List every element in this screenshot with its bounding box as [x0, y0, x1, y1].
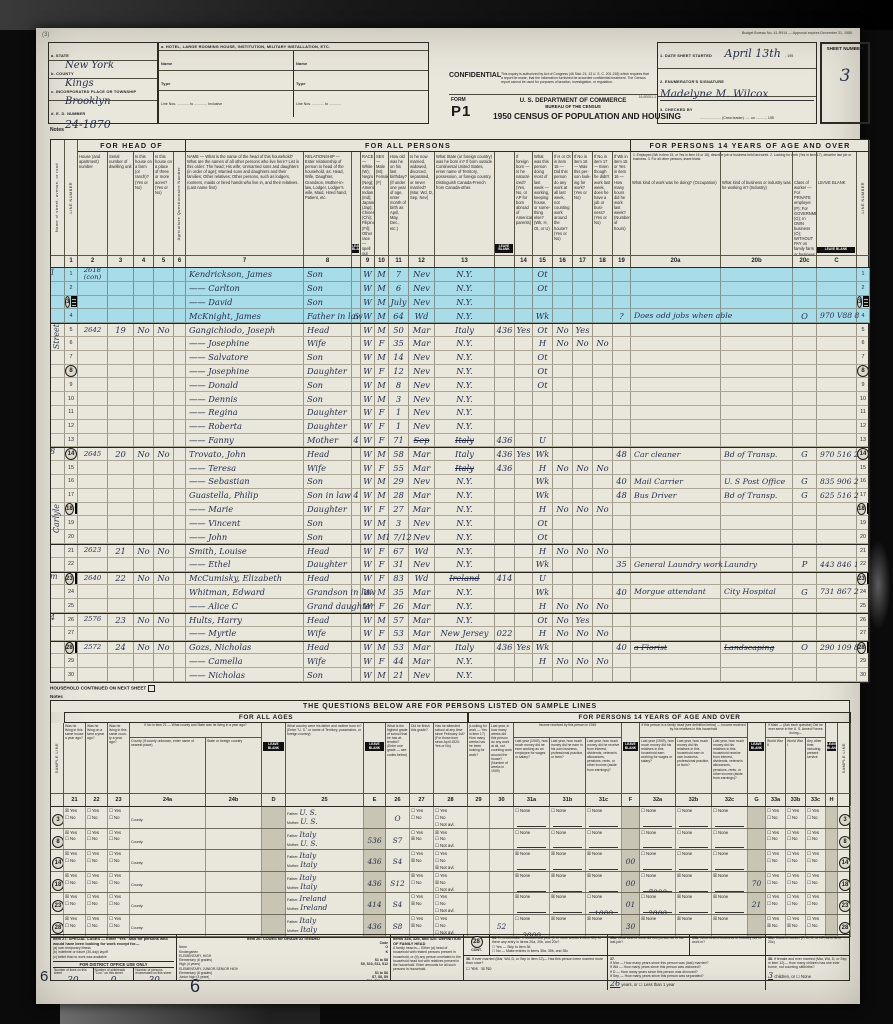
person-row: 22—— EthelDaughterWF31NevN.Y.Wk35General… — [51, 558, 870, 572]
cell-d18 — [593, 268, 613, 281]
cell-name: Hults, Harry — [186, 614, 304, 626]
cell-d18: No — [593, 545, 613, 557]
checkbox-option: ☐ No — [65, 836, 84, 843]
column-header-acres: Is this house on a place of three or mor… — [154, 152, 174, 255]
cell-d16 — [553, 448, 573, 460]
value-rel: Wife — [307, 463, 326, 473]
amount-line — [553, 838, 582, 848]
year-suffix: , 195 — [766, 116, 774, 120]
checkbox-option: ☒ No — [411, 858, 432, 865]
sample-line-circle: 23 — [839, 900, 851, 912]
value-ind: Bd of Transp. — [724, 491, 777, 500]
notes-label: Notes — [50, 127, 64, 133]
cell-race: W — [361, 599, 375, 612]
checkbox-option: ☐ Yes — [787, 894, 804, 901]
cell-farm — [134, 654, 154, 667]
value-sex: M — [377, 269, 386, 279]
value-bp: N.Y. — [456, 407, 472, 417]
amount-line — [643, 838, 672, 848]
cell-farm — [134, 365, 154, 378]
cell-d16 — [553, 434, 573, 447]
cell-street — [51, 392, 65, 405]
father-line: Father:Italy — [287, 916, 362, 925]
checkbox-option: ☐ None — [641, 808, 674, 815]
column-number: 3 — [108, 255, 134, 267]
cell-mar: Mar — [409, 654, 435, 667]
column-number: 8 — [304, 255, 352, 267]
cell-bp: Italy — [435, 434, 495, 447]
cell-hrs: 40 — [613, 642, 631, 654]
institution-title: a. HOTEL, LARGE ROOMING HOUSE, INSTITUTI… — [159, 43, 428, 51]
cell-code — [817, 654, 857, 667]
cell-rel: Wife — [304, 337, 352, 350]
cell-d16 — [553, 268, 573, 281]
column-group-header: FOR PERSONS 14 YEARS OF AGE AND OVER — [631, 140, 870, 152]
sample-column-number: 24a — [130, 793, 206, 806]
value-d17: No — [576, 504, 588, 514]
amount-line — [517, 903, 546, 913]
checkbox-option: ☐ No — [807, 815, 824, 822]
cell-age: 28 — [389, 489, 409, 502]
cell-ln: 24 — [65, 585, 78, 598]
cell-lnR: 7 — [857, 351, 870, 364]
cell-relcode: 4 — [352, 489, 361, 502]
value-mar: Nev — [413, 394, 430, 404]
father-line: Father:Ireland — [287, 894, 362, 903]
sample-cell-c23: ☐ Yes☐ No — [108, 807, 130, 828]
value-d15: H — [539, 601, 546, 611]
cell-ind — [721, 324, 793, 336]
sample-row: 23☒ Yes☐ No☐ Yes☐ No☐ Yes☐ NoCounty:Fath… — [51, 893, 851, 915]
checkbox-option: ☐ No — [767, 836, 784, 843]
cell-d16: No — [553, 337, 573, 350]
cell-serial: 23 — [108, 614, 134, 626]
cell-rel: Daughter — [304, 420, 352, 433]
checkbox-option: ☐ No — [435, 923, 466, 930]
cell-d18 — [593, 614, 613, 626]
cell-bpcode: 436 — [495, 434, 515, 447]
sample-cell-c31c: ☒ None — [586, 915, 622, 936]
value-mar: Mar — [413, 338, 430, 348]
checkbox-option: ☒ Yes — [65, 808, 84, 815]
checkbox-option: ☐ Yes — [411, 808, 432, 815]
cell-nat — [515, 558, 533, 571]
cell-name: —— Roberta — [186, 420, 304, 433]
cell-lnR: 10 — [857, 392, 870, 405]
cell-d15: Wk — [533, 558, 553, 571]
sample-cell-c22: ☐ Yes☐ No — [86, 807, 108, 828]
cell-bpcode — [495, 599, 515, 612]
column-header-age: How old was he on his last birthday? (If… — [389, 152, 409, 255]
cell-street — [51, 558, 65, 571]
value-sex: F — [379, 559, 385, 569]
column-header-text: SEX — Male (M); Female (F) — [376, 154, 387, 185]
cell-name: McCumisky, Elizabeth — [186, 573, 304, 585]
value-occ: Bus Driver — [634, 491, 676, 500]
cell-lnR: 26 — [857, 614, 870, 626]
amount-line — [553, 817, 582, 827]
cell-agq — [174, 654, 186, 667]
cell-serial — [108, 309, 134, 322]
cell-lnR: 16 — [857, 475, 870, 488]
sample-cell-c27: ☐ Yes☒ No — [410, 893, 434, 914]
column-number: 11 — [389, 255, 409, 267]
checkbox-option: ☐ Yes — [109, 851, 128, 858]
column-header-farm: Is this house on a farm (or ranch)? (Yes… — [134, 152, 154, 255]
sample-stamp — [71, 296, 77, 307]
sample-cell-c32b: ☒ None — [676, 872, 712, 893]
sample-column-header-c32a: Last year (1949), how much money did his… — [640, 738, 676, 793]
cell-farm — [134, 378, 154, 391]
value-bp: Italy — [455, 325, 474, 335]
cell-rel: Daughter — [304, 558, 352, 571]
value-race: W — [363, 546, 372, 556]
value-mar: Nev — [413, 283, 430, 293]
cell-lnR: 12 — [857, 420, 870, 433]
value-bpcode: 436 — [497, 325, 513, 335]
checkbox-option: ☐ Yes — [109, 830, 128, 837]
cell-sex: M — [375, 268, 389, 281]
cell-sex: F — [375, 545, 389, 557]
person-row: 14264520NoNoTrovato, JohnHeadWM58MarItal… — [51, 447, 870, 461]
cell-bp: N.Y. — [435, 503, 495, 516]
sample-cell-c30 — [490, 829, 514, 850]
value-d18: No — [596, 601, 608, 611]
value-sex: M — [377, 380, 386, 390]
cont-label: CONT. — [466, 948, 487, 952]
cell-code — [817, 282, 857, 295]
value-farm: No — [137, 642, 149, 652]
sample-column-header-c25: What country were his father and mother … — [286, 723, 364, 793]
cell-sex: F — [375, 461, 389, 474]
column-header-text: NAME — What is the name of the head of t… — [187, 154, 302, 190]
continued-checkbox — [148, 685, 155, 692]
sample-cell-c21: ☒ Yes☐ No — [64, 829, 86, 850]
cell-sex: M — [375, 309, 389, 322]
checkbox-option: ☐ Yes — [87, 873, 106, 880]
cell-sex: M — [375, 324, 389, 336]
cell-agq — [174, 392, 186, 405]
form-code: 16-60051-1 — [639, 95, 656, 99]
cell-agq — [174, 489, 186, 502]
cell-name: —— Myrtle — [186, 627, 304, 640]
column-number — [352, 255, 361, 267]
cell-d16 — [553, 406, 573, 419]
cell-cls: O — [793, 309, 817, 322]
value-sex: M — [377, 283, 386, 293]
cell-bp: N.Y. — [435, 378, 495, 391]
cell-hrs — [613, 573, 631, 585]
cell-cls — [793, 503, 817, 516]
sample-cell-c26: S8 — [386, 915, 410, 936]
cell-sex: F — [375, 558, 389, 571]
cell-cls — [793, 614, 817, 626]
value-race: W — [363, 366, 372, 376]
column-number: 4 — [134, 255, 154, 267]
cell-cls — [793, 654, 817, 667]
question-37: 37. If Mar — How many years since this p… — [608, 956, 766, 991]
household-continued-note: HOUSEHOLD CONTINUED ON NEXT SHEET — [50, 685, 869, 692]
value-sex: F — [379, 504, 385, 514]
value-d15: H — [539, 504, 546, 514]
sample-cell-H — [826, 850, 838, 871]
value-rel: Head — [307, 546, 329, 556]
cell-age: 1 7/12 — [389, 530, 409, 543]
value-code: 625 516 2 — [820, 491, 859, 500]
value-bpcode: 436 — [497, 449, 513, 459]
cell-race: W — [361, 530, 375, 543]
cell-rel: Son in law — [304, 489, 352, 502]
cell-ind — [721, 434, 793, 447]
geography-box: a. STATE New York b. COUNTY Kings c. INC… — [48, 42, 158, 124]
cell-ln: 12 — [65, 420, 78, 433]
cell-rel: Daughter — [304, 365, 352, 378]
value-mar: Wd — [415, 311, 429, 321]
cell-mar: Mar — [409, 642, 435, 654]
cell-d18 — [593, 642, 613, 654]
mother-country: Ireland — [300, 903, 327, 912]
value-mar: Nev — [413, 269, 430, 279]
sample-column-number: E — [364, 793, 386, 806]
sample-column-header-c32b: Last year, how much money did his relati… — [676, 738, 712, 793]
value-d17: No — [576, 463, 588, 473]
value-farm: No — [137, 546, 149, 556]
cell-sex: M — [375, 475, 389, 488]
value-nat: Yes — [517, 325, 531, 335]
value-sex: M — [377, 325, 386, 335]
sample-cell-G: 70 — [748, 872, 766, 893]
value-age: 55 — [393, 463, 404, 473]
cell-age: 3 — [389, 392, 409, 405]
cell-ln: 4 — [65, 309, 78, 322]
cell-occ — [631, 573, 721, 585]
checkbox-option: ☐ None — [515, 830, 548, 837]
code-value: 436 — [367, 879, 381, 888]
amount-line — [679, 882, 708, 892]
person-row: 9—— DonaldSonWM8NevN.Y.Ot9 — [51, 378, 870, 392]
cell-age: 58 — [389, 448, 409, 460]
value-bpcode: 436 — [497, 435, 513, 445]
cell-race: W — [361, 503, 375, 516]
cell-d16: No — [553, 503, 573, 516]
sample-line-circle: 18 — [65, 503, 74, 515]
person-row: 19—— VincentSonWM3NevN.Y.Ot19 — [51, 516, 870, 530]
value-rel: Daughter — [307, 559, 347, 569]
cell-race: W — [361, 654, 375, 667]
sample-column-header-c28: Has he attended school at any time since… — [434, 723, 468, 793]
checkbox-option: ☐ No — [109, 923, 128, 930]
cell-occ — [631, 420, 721, 433]
cell-mar: Mar — [409, 503, 435, 516]
person-row: 8—— JosephineDaughterWF12NevN.Y.Ot8 — [51, 365, 870, 379]
sample-cell-c23: ☐ Yes☐ No — [108, 893, 130, 914]
checkbox-option: ☐ No — [65, 858, 84, 865]
checkbox-option: ☐ No — [807, 901, 824, 908]
cell-serial — [108, 378, 134, 391]
cell-serial — [108, 434, 134, 447]
value-bpcode: 022 — [497, 628, 513, 638]
special-case-item: (c) belief that no work was available — [53, 955, 174, 959]
cell-bpcode — [495, 614, 515, 626]
value-mar: Mar — [413, 463, 430, 473]
cell-ln: 11 — [65, 406, 78, 419]
checkbox-option: ☐ No — [435, 901, 466, 908]
checkbox-option: ☒ None — [713, 873, 746, 880]
cell-age: 44 — [389, 654, 409, 667]
cell-hrs — [613, 365, 631, 378]
value-house: 2623 — [84, 547, 101, 554]
value-rel: Mother — [307, 435, 338, 445]
checkbox-option: ☒ None — [515, 873, 548, 880]
cell-acres — [154, 461, 174, 474]
cell-d16: No — [553, 627, 573, 640]
cell-relcode — [352, 461, 361, 474]
cell-hrs — [613, 503, 631, 516]
q35b-text: What kind of business or industry did he… — [692, 936, 762, 944]
sample-column-header-lnL: SAMPLE LINE — [51, 723, 64, 793]
sample-line-circle: 14 — [65, 448, 77, 460]
cell-mar: Nev — [409, 420, 435, 433]
value-farm: No — [137, 573, 149, 583]
cell-relcode — [352, 516, 361, 529]
cell-bpcode — [495, 668, 515, 681]
cell-nat — [515, 573, 533, 585]
cell-farm: No — [134, 573, 154, 585]
column-number: 20b — [721, 255, 793, 267]
cell-name: —— Josephine — [186, 337, 304, 350]
cell-age: 53 — [389, 642, 409, 654]
cell-farm — [134, 351, 154, 364]
value-bp: N.Y. — [456, 283, 472, 293]
checkbox-option: ☐ Yes — [787, 830, 804, 837]
sample-column-header-c33c: Any other time, includ­ing pres­ent serv… — [806, 738, 826, 793]
value-d18: No — [596, 338, 608, 348]
sample-mini-group: Income received by this person in 1949 — [514, 723, 622, 738]
cell-rel: Son — [304, 668, 352, 681]
checkbox-option: ☐ No — [787, 815, 804, 822]
cell-d15 — [533, 668, 553, 681]
cell-street — [51, 642, 65, 654]
cell-occ — [631, 627, 721, 640]
bureau-title: BUREAU OF THE CENSUS — [493, 104, 653, 109]
cell-code — [817, 627, 857, 640]
sample-column-header-c22: Was he living on a farm a year ago? — [86, 723, 108, 793]
value-code: 835 906 2 — [820, 477, 859, 486]
sample-cell-c30 — [490, 893, 514, 914]
value-rel: Son — [307, 269, 323, 279]
cell-race: W — [361, 282, 375, 295]
cell-ind — [721, 614, 793, 626]
cell-farm — [134, 627, 154, 640]
checkbox-option: ☐ Yes — [767, 873, 784, 880]
value-acres: No — [157, 615, 169, 625]
cell-agq — [174, 573, 186, 585]
value-bp: Ireland — [449, 573, 479, 583]
cell-rel: Son — [304, 530, 352, 543]
checkbox-option: ☐ Yes — [807, 851, 824, 858]
question-34: 34. To enumerator: If worked last year (… — [490, 935, 608, 955]
cell-hrs — [613, 406, 631, 419]
sample-cell-c33a: ☐ Yes☐ No — [766, 872, 786, 893]
cell-bp: N.Y. — [435, 351, 495, 364]
cell-d15: H — [533, 599, 553, 612]
cell-code — [817, 434, 857, 447]
amount-line: 1000 — [589, 903, 618, 913]
value-rel: Head — [307, 642, 329, 652]
cell-acres — [154, 351, 174, 364]
sample-cell-c32b: ☐ None — [676, 829, 712, 850]
cell-bpcode — [495, 365, 515, 378]
cell-relcode: 6 — [352, 309, 361, 322]
sample-cell-c29 — [468, 872, 490, 893]
value-name: —— Regina — [189, 407, 238, 417]
amount-line — [715, 817, 744, 827]
value-cls: P — [802, 559, 808, 569]
checkbox-option: ☐ Yes — [767, 830, 784, 837]
cell-mar: Wd — [409, 573, 435, 585]
value-name: —— Josephine — [189, 338, 249, 348]
value-d16: No — [556, 463, 568, 473]
sample-column-header-c31a: Last year (1949), how much money did he … — [514, 738, 550, 793]
person-row: 16—— SebastianSonWM29NevN.Y.Wk40Mail Car… — [51, 475, 870, 489]
sample-column-header-c29: (Looking for work — Yes in item 17) How … — [468, 723, 490, 793]
value-mar: Sep — [414, 435, 430, 445]
code-value: 21 — [752, 900, 761, 909]
cell-relcode — [352, 448, 361, 460]
cell-d18 — [593, 420, 613, 433]
column-number: 16 — [553, 255, 573, 267]
value-relcode: 6 — [353, 311, 358, 321]
institution-type-label: Type — [161, 81, 171, 86]
cell-rel: Wife — [304, 654, 352, 667]
sample-cell-c32b: ☒ None — [676, 915, 712, 936]
cell-ln: 13 — [65, 434, 78, 447]
value-hrs: 40 — [616, 642, 627, 652]
column-header-nat: If foreign born — Is he natu­ral­ized? (… — [515, 152, 533, 255]
cell-code: 443 846 1 — [817, 558, 857, 571]
value-d17: Yes — [576, 325, 590, 335]
to-label: to — [190, 102, 193, 106]
person-row: 4McKnight, JamesFather in law6WM64WdN.Y.… — [51, 309, 870, 323]
cell-ind: Bd of Transp. — [721, 448, 793, 460]
cell-farm — [134, 420, 154, 433]
mother-line: Mother:Italy — [287, 860, 362, 869]
cell-house: 2640 — [78, 573, 108, 585]
value-name: —— Camella — [189, 656, 243, 666]
cell-age: 14 — [389, 351, 409, 364]
cell-name: —— Regina — [186, 406, 304, 419]
cell-d16 — [553, 475, 573, 488]
cell-d16 — [553, 392, 573, 405]
value-house: 2576 — [84, 616, 101, 623]
checkbox-option: ☐ Yes — [807, 808, 824, 815]
sample-cell-c22: ☐ Yes☐ No — [86, 872, 108, 893]
cell-bpcode — [495, 516, 515, 529]
checkbox-option: ☐ None — [677, 830, 710, 837]
checkbox-option: ☐ Yes — [767, 916, 784, 923]
value-bp: N.Y. — [456, 490, 472, 500]
cell-race: W — [361, 545, 375, 557]
cell-d15: Ot — [533, 378, 553, 391]
value-race: W — [363, 394, 372, 404]
cell-age: 29 — [389, 475, 409, 488]
column-header-race: RACE — White (W); Negro (Neg); American … — [361, 152, 375, 255]
cell-ind — [721, 516, 793, 529]
cell-sex: F — [375, 573, 389, 585]
cell-cls — [793, 296, 817, 309]
sample-cell-F: 30 — [622, 915, 640, 936]
checkbox-option: ☐ Yes — [109, 873, 128, 880]
